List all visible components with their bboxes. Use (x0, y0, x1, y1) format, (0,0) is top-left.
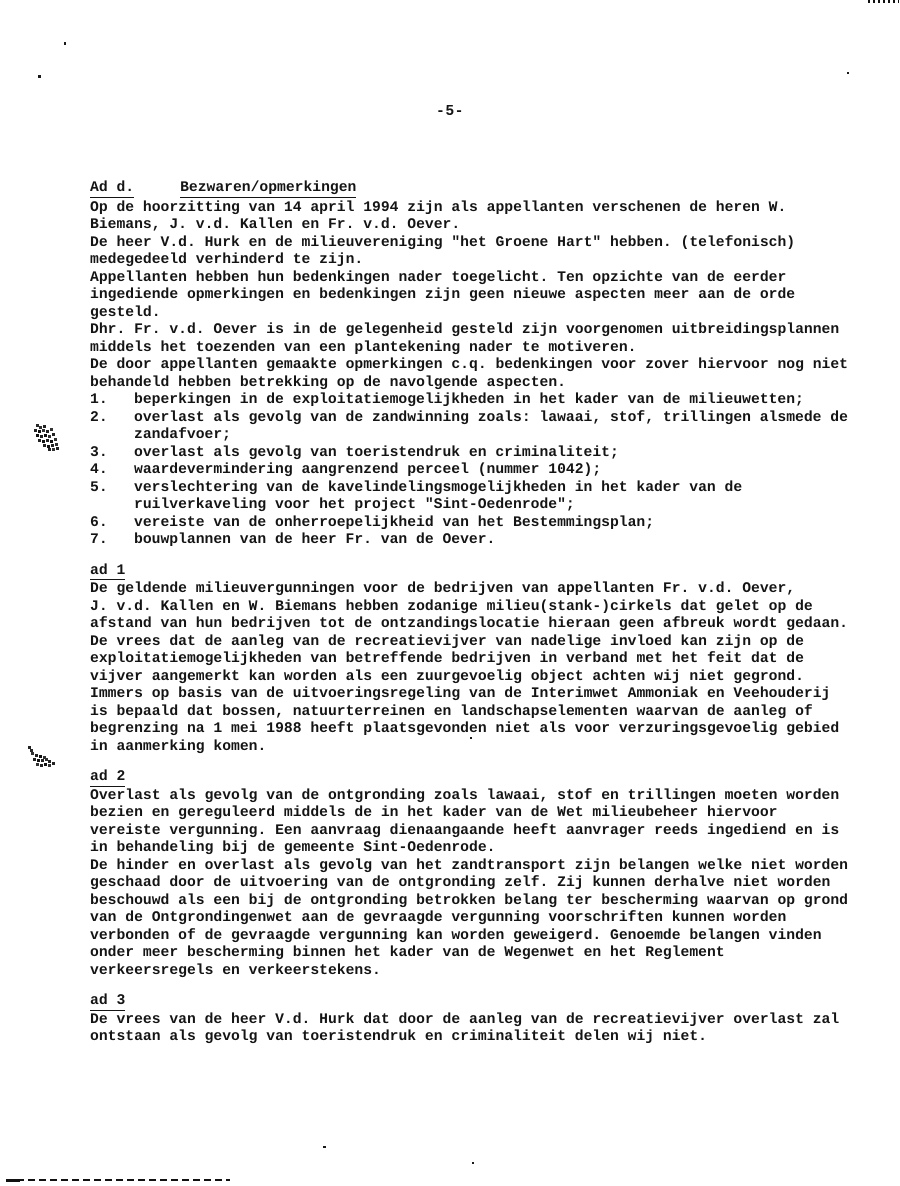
list-item: 5. verslechtering van de kavelindelingsm… (90, 480, 865, 515)
list-item: 1. beperkingen in de exploitatiemogelijk… (90, 392, 865, 410)
list-item-text: waardevermindering aangrenzend perceel (… (134, 462, 601, 480)
section-ad-2-paragraph: Overlast als gevolg van de ontgronding z… (90, 788, 865, 981)
objections-list: 1. beperkingen in de exploitatiemogelijk… (90, 392, 865, 550)
section-ad-d-heading: Ad d.Bezwaren/opmerkingen (90, 180, 865, 198)
scan-speck (64, 42, 66, 45)
page-number: -5- (0, 104, 900, 120)
list-item-number: 6. (90, 515, 134, 533)
scan-artifact-bottom-dashes (6, 1179, 230, 1182)
list-item: 7. bouwplannen van de heer Fr. van de Oe… (90, 532, 865, 550)
section-ad-3-heading: ad 3 (90, 993, 865, 1011)
section-ad-1-paragraph: De geldende milieuvergunningen voor de b… (90, 581, 865, 756)
list-item: 2. overlast als gevolg van de zandwinnin… (90, 410, 865, 445)
list-item-text: overlast als gevolg van de zandwinning z… (134, 410, 848, 445)
scanned-document-page: { "page": { "number": "-5-" }, "document… (0, 0, 900, 1186)
scan-artifact-top-right-dots (868, 0, 899, 3)
section-ad-1: ad 1 De geldende milieuvergunningen voor… (90, 563, 865, 757)
document-body: Ad d.Bezwaren/opmerkingen Op de hoorzitt… (90, 180, 865, 1047)
list-item-text: verslechtering van de kavelindelingsmoge… (134, 480, 742, 515)
list-item-number: 3. (90, 445, 134, 463)
list-item-number: 1. (90, 392, 134, 410)
list-item-text: overlast als gevolg van toeristendruk en… (134, 445, 619, 463)
section-ad-d-label: Ad d. (90, 181, 134, 198)
list-item-text: bouwplannen van de heer Fr. van de Oever… (134, 532, 495, 550)
list-item-text: vereiste van de onherroepelijkheid van h… (134, 515, 654, 533)
scan-smudge-left-margin-2 (30, 749, 33, 752)
section-ad-2: ad 2 Overlast als gevolg van de ontgrond… (90, 769, 865, 980)
section-ad-d-title: Bezwaren/opmerkingen (180, 181, 356, 198)
section-ad-3-label: ad 3 (90, 994, 125, 1011)
scan-speck (472, 1162, 474, 1164)
section-ad-3-paragraph: De vrees van de heer V.d. Hurk dat door … (90, 1012, 865, 1047)
scan-smudge-left-margin-1 (36, 424, 39, 427)
list-item-text: beperkingen in de exploitatiemogelijkhed… (134, 392, 804, 410)
section-ad-1-heading: ad 1 (90, 563, 865, 581)
section-ad-1-label: ad 1 (90, 564, 125, 581)
section-ad-2-label: ad 2 (90, 770, 125, 787)
section-ad-3: ad 3 De vrees van de heer V.d. Hurk dat … (90, 993, 865, 1047)
scan-speck (38, 75, 41, 78)
list-item-number: 4. (90, 462, 134, 480)
list-item-number: 5. (90, 480, 134, 515)
scan-speck (847, 72, 849, 74)
section-ad-2-heading: ad 2 (90, 769, 865, 787)
list-item: 6. vereiste van de onherroepelijkheid va… (90, 515, 865, 533)
list-item: 4. waardevermindering aangrenzend percee… (90, 462, 865, 480)
list-item-number: 7. (90, 532, 134, 550)
list-item-number: 2. (90, 410, 134, 445)
intro-paragraph: Op de hoorzitting van 14 april 1994 zijn… (90, 200, 865, 393)
list-item: 3. overlast als gevolg van toeristendruk… (90, 445, 865, 463)
scan-speck (323, 1146, 326, 1148)
